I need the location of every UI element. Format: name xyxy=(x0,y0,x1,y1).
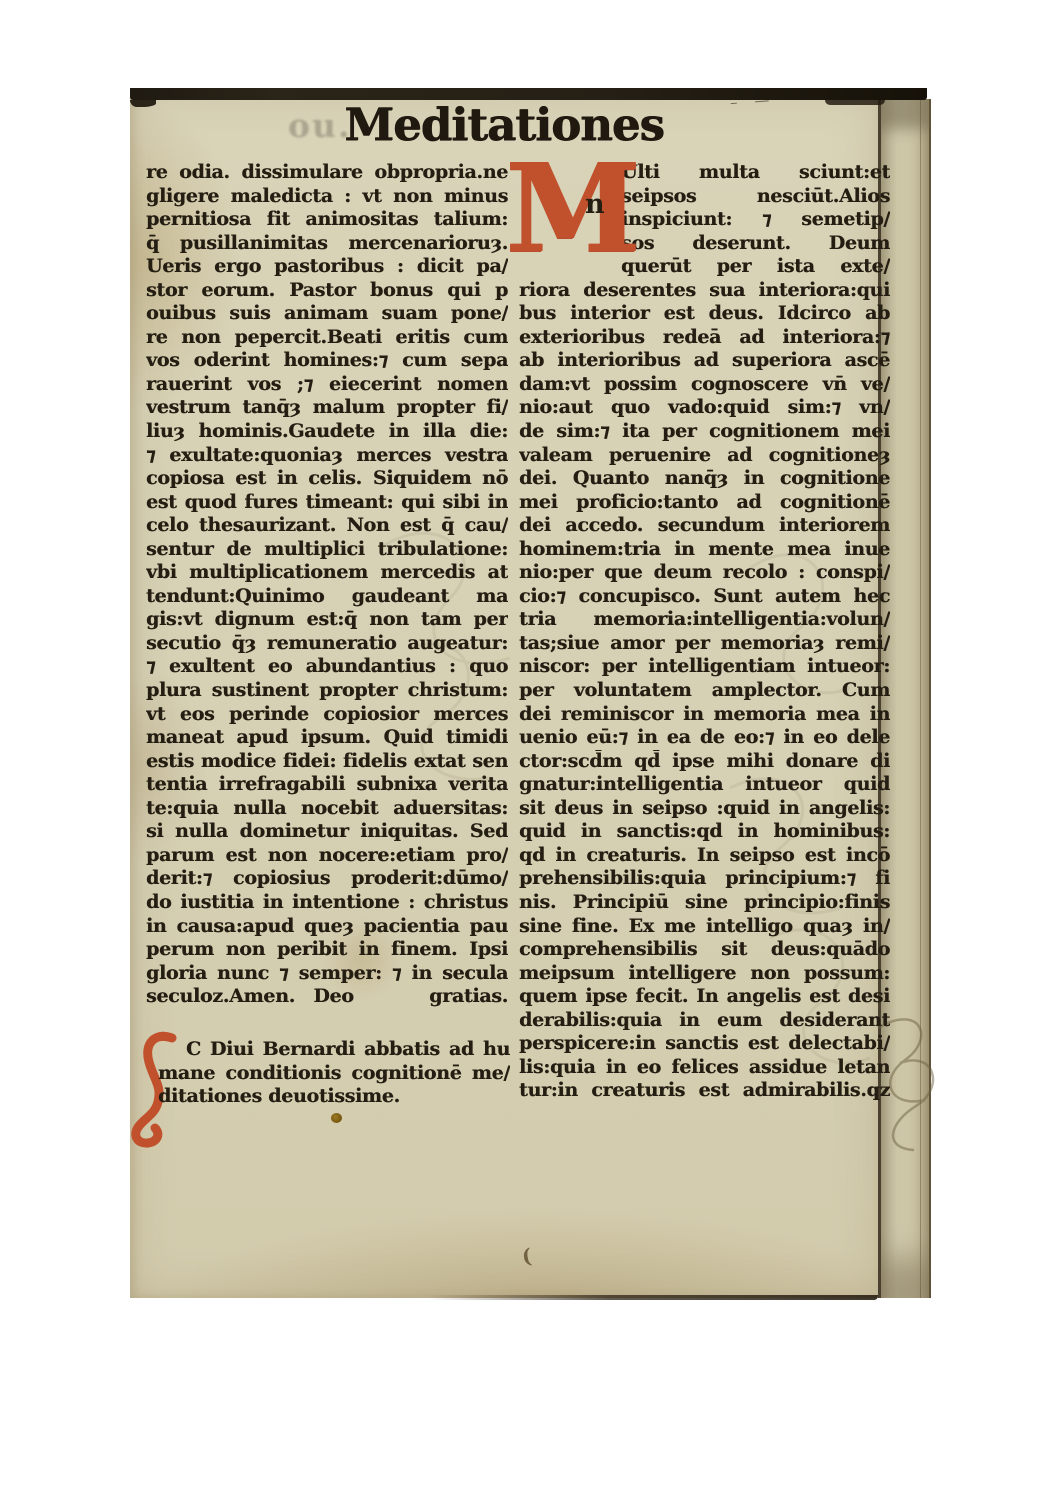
text-line: querūt per ista exte/ xyxy=(621,255,890,279)
page-edge-line xyxy=(920,99,921,1298)
text-line: exterioribus redeā ad interiora:⁊ xyxy=(519,326,890,350)
text-line: liuȝ hominis.Gaudete in illa die: xyxy=(146,420,508,444)
text-line: qd in creaturis. In seipso est incō xyxy=(519,844,890,868)
text-line: copiosa est in celis. Siquidem nō xyxy=(146,467,508,491)
text-line: valeam peruenire ad cognitioneȝ xyxy=(519,444,890,468)
text-line: mei proficio:tanto ad cognitionē xyxy=(519,491,890,515)
text-line: quem ipse fecit. In angelis est desi xyxy=(519,985,890,1009)
text-line: dei reminiscor in memoria mea in xyxy=(519,703,890,727)
text-line: maneat apud ipsum. Quid timidi xyxy=(146,726,508,750)
right-text-column: M n Ulti multa sciunt:etseipsos nesciūt.… xyxy=(519,161,890,1103)
text-line: dei. Quanto nanq̄ȝ in cognitione xyxy=(519,467,890,491)
text-line: vestrum tanq̄ȝ malum propter fi/ xyxy=(146,396,508,420)
right-column-lines: riora deserentes sua interiora:quibus in… xyxy=(519,279,890,1103)
text-line: hominem:tria in mente mea inue xyxy=(519,538,890,562)
incipit-block: C Diui Bernardi abbatis ad humane condit… xyxy=(158,1038,510,1109)
text-line: tas;siue amor per memoriaȝ remi/ xyxy=(519,632,890,656)
text-line: derit:⁊ copiosius proderit:dūmo/ xyxy=(146,867,508,891)
text-line: de sim:⁊ ita per cognitionem mei xyxy=(519,420,890,444)
text-line: tria memoria:intelligentia:volun/ xyxy=(519,608,890,632)
ghost-offset-text: ou. xyxy=(288,106,352,145)
text-line: vos oderint homines:⁊ cum sepa xyxy=(146,349,508,373)
text-line: perspicere:in sanctis est delectabi/ xyxy=(519,1032,890,1056)
text-line: gloria nunc ⁊ semper: ⁊ in secula xyxy=(146,962,508,986)
text-line: ctor:scd̄m qd̄ ipse mihi donare di xyxy=(519,750,890,774)
left-text-column: re odia. dissimulare obpropria.negligere… xyxy=(146,161,508,1009)
ink-smudge: – — xyxy=(729,90,775,111)
text-line: uenio eū:⁊ in ea de eo:⁊ in eo dele xyxy=(519,726,890,750)
text-line: dam:vt possim cognoscere vn̄ ve/ xyxy=(519,373,890,397)
screenshot-root: { "document": { "header": { "title": "Me… xyxy=(0,0,1060,1500)
text-line: gnatur:intelligentia intueor quid xyxy=(519,773,890,797)
text-line: comprehensibilis sit deus:quādo xyxy=(519,938,890,962)
text-line: gligere maledicta : vt non minus xyxy=(146,185,508,209)
incipit-line: mane conditionis cognitionē me/ xyxy=(158,1062,510,1086)
initial-wrapped-lines: Ulti multa sciunt:etseipsos nesciūt.Alio… xyxy=(621,161,890,279)
ink-stain-dot xyxy=(331,1113,342,1123)
text-line: vbi multiplicationem mercedis at xyxy=(146,561,508,585)
text-line: sit deus in seipso :quid in angelis: xyxy=(519,797,890,821)
page-header: ou. Meditationes – — xyxy=(130,94,878,156)
text-line: seipsos nesciūt.Alios xyxy=(621,185,890,209)
text-line: per voluntatem amplector. Cum xyxy=(519,679,890,703)
text-line: seculoz.Amen. Deo gratias. xyxy=(146,985,508,1009)
text-line: dei accedo. secundum interiorem xyxy=(519,514,890,538)
text-line: stor eorum. Pastor bonus qui p xyxy=(146,279,508,303)
text-line: q̄ pusillanimitas mercenarioruȝ. xyxy=(146,232,508,256)
text-line: quid in sanctis:qd in hominibus: xyxy=(519,820,890,844)
text-line: in causa:apud queȝ pacientia pau xyxy=(146,915,508,939)
guide-letter-n: n xyxy=(585,189,605,220)
text-line: niscor: per intelligentiam intueor: xyxy=(519,655,890,679)
text-line: re non pepercit.Beati eritis cum xyxy=(146,326,508,350)
text-line: Ulti multa sciunt:et xyxy=(621,161,890,185)
text-line: secutio q̄ȝ remuneratio augeatur: xyxy=(146,632,508,656)
text-line: tentia irrefragabili subnixa verita xyxy=(146,773,508,797)
text-line: gis:vt dignum est:q̄ non tam per xyxy=(146,608,508,632)
text-line: parum est non nocere:etiam pro/ xyxy=(146,844,508,868)
text-line: rauerint vos ;⁊ eiecerint nomen xyxy=(146,373,508,397)
text-line: lis:quia in eo felices assidue letan xyxy=(519,1056,890,1080)
text-line: re odia. dissimulare obpropria.ne xyxy=(146,161,508,185)
text-line: Ueris ergo pastoribus : dicit pa/ xyxy=(146,255,508,279)
text-line: perum non peribit in finem. Ipsi xyxy=(146,938,508,962)
text-line: est quod fures timeant: qui sibi in xyxy=(146,491,508,515)
text-line: plura sustinent propter christum: xyxy=(146,679,508,703)
text-line: estis modice fidei: fidelis extat sen xyxy=(146,750,508,774)
text-line: si nulla dominetur iniquitas. Sed xyxy=(146,820,508,844)
text-line: pernitiosa fit animositas talium: xyxy=(146,208,508,232)
text-line: tur:in creaturis est admirabilis.qz xyxy=(519,1079,890,1103)
text-line: ⁊ exultent eo abundantius : quo xyxy=(146,655,508,679)
text-line: sine fine. Ex me intelligo quaȝ in/ xyxy=(519,915,890,939)
text-line: te:quia nulla nocebit aduersitas: xyxy=(146,797,508,821)
text-line: meipsum intelligere non possum: xyxy=(519,962,890,986)
text-line: cio:⁊ concupisco. Sunt autem hec xyxy=(519,585,890,609)
text-line: inspiciunt: ⁊ semetip/ xyxy=(621,208,890,232)
text-line: celo thesaurizant. Non est q̄ cau/ xyxy=(146,514,508,538)
text-line: prehensibilis:quia principium:⁊ fi xyxy=(519,867,890,891)
incipit-line: C Diui Bernardi abbatis ad hu xyxy=(158,1038,510,1062)
text-line: derabilis:quia in eum desiderant xyxy=(519,1009,890,1033)
text-line: nio:aut quo vado:quid sim:⁊ vn/ xyxy=(519,396,890,420)
text-line: riora deserentes sua interiora:qui xyxy=(519,279,890,303)
text-line: nio:per que deum recolo : conspi/ xyxy=(519,561,890,585)
text-line: bus interior est deus. Idcirco ab xyxy=(519,302,890,326)
text-line: ⁊ exultate:quoniaȝ merces vestra xyxy=(146,444,508,468)
text-line: ab interioribus ad superiora ascē xyxy=(519,349,890,373)
text-line: sentur de multiplici tribulatione: xyxy=(146,538,508,562)
text-line: sos deserunt. Deum xyxy=(621,232,890,256)
text-line: tendunt:Quinimo gaudeant ma xyxy=(146,585,508,609)
text-line: vt eos perinde copiosior merces xyxy=(146,703,508,727)
text-line: ouibus suis animam suam pone/ xyxy=(146,302,508,326)
text-line: nis. Principiū sine principio:finis xyxy=(519,891,890,915)
text-line: do iustitia in intentione : christus xyxy=(146,891,508,915)
incipit-line: ditationes deuotissime. xyxy=(158,1085,510,1109)
